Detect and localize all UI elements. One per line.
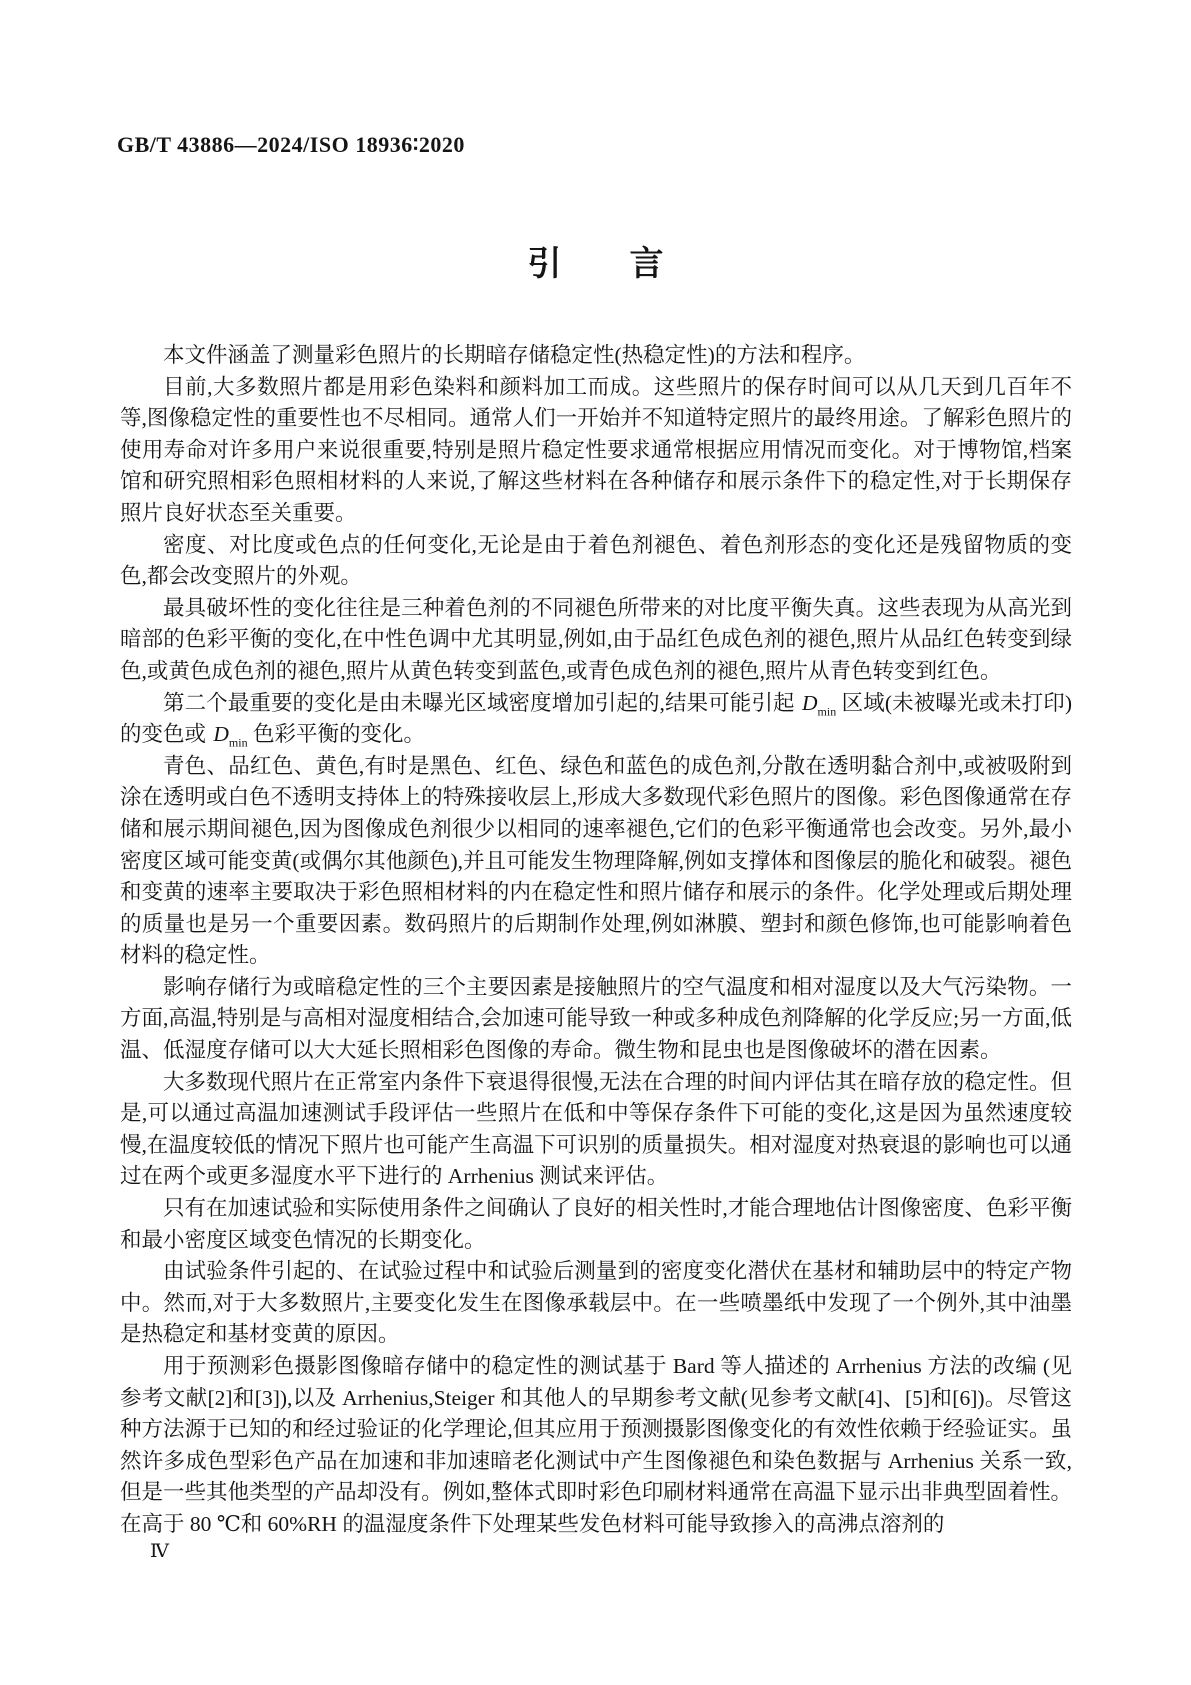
paragraph: 密度、对比度或色点的任何变化,无论是由于着色剂褪色、着色剂形态的变化还是残留物质… <box>120 530 1072 593</box>
paragraph: 最具破坏性的变化往往是三种着色剂的不同褪色所带来的对比度平衡失真。这些表现为从高… <box>120 593 1072 688</box>
paragraph: 青色、品红色、黄色,有时是黑色、红色、绿色和蓝色的成色剂,分散在透明黏合剂中,或… <box>120 751 1072 972</box>
paragraph: 用于预测彩色摄影图像暗存储中的稳定性的测试基于 Bard 等人描述的 Arrhe… <box>120 1351 1072 1541</box>
paragraph: 大多数现代照片在正常室内条件下衰退得很慢,无法在合理的时间内评估其在暗存放的稳定… <box>120 1067 1072 1193</box>
paragraph: 由试验条件引起的、在试验过程中和试验后测量到的密度变化潜伏在基材和辅助层中的特定… <box>120 1256 1072 1351</box>
page-number: Ⅳ <box>150 1540 169 1563</box>
body-text: 本文件涵盖了测量彩色照片的长期暗存储稳定性(热稳定性)的方法和程序。目前,大多数… <box>120 340 1072 1541</box>
paragraph: 只有在加速试验和实际使用条件之间确认了良好的相关性时,才能合理地估计图像密度、色… <box>120 1193 1072 1256</box>
paragraph: 本文件涵盖了测量彩色照片的长期暗存储稳定性(热稳定性)的方法和程序。 <box>120 340 1072 372</box>
document-page: GB/T 43886—2024/ISO 18936∶2020 引 言 本文件涵盖… <box>0 0 1191 1685</box>
standard-number: GB/T 43886—2024/ISO 18936∶2020 <box>117 132 465 158</box>
paragraph: 第二个最重要的变化是由未曝光区域密度增加引起的,结果可能引起 Dmin 区域(未… <box>120 688 1072 751</box>
paragraph: 目前,大多数照片都是用彩色染料和颜料加工而成。这些照片的保存时间可以从几天到几百… <box>120 372 1072 530</box>
paragraph: 影响存储行为或暗稳定性的三个主要因素是接触照片的空气温度和相对湿度以及大气污染物… <box>120 972 1072 1067</box>
page-title: 引 言 <box>0 236 1191 285</box>
